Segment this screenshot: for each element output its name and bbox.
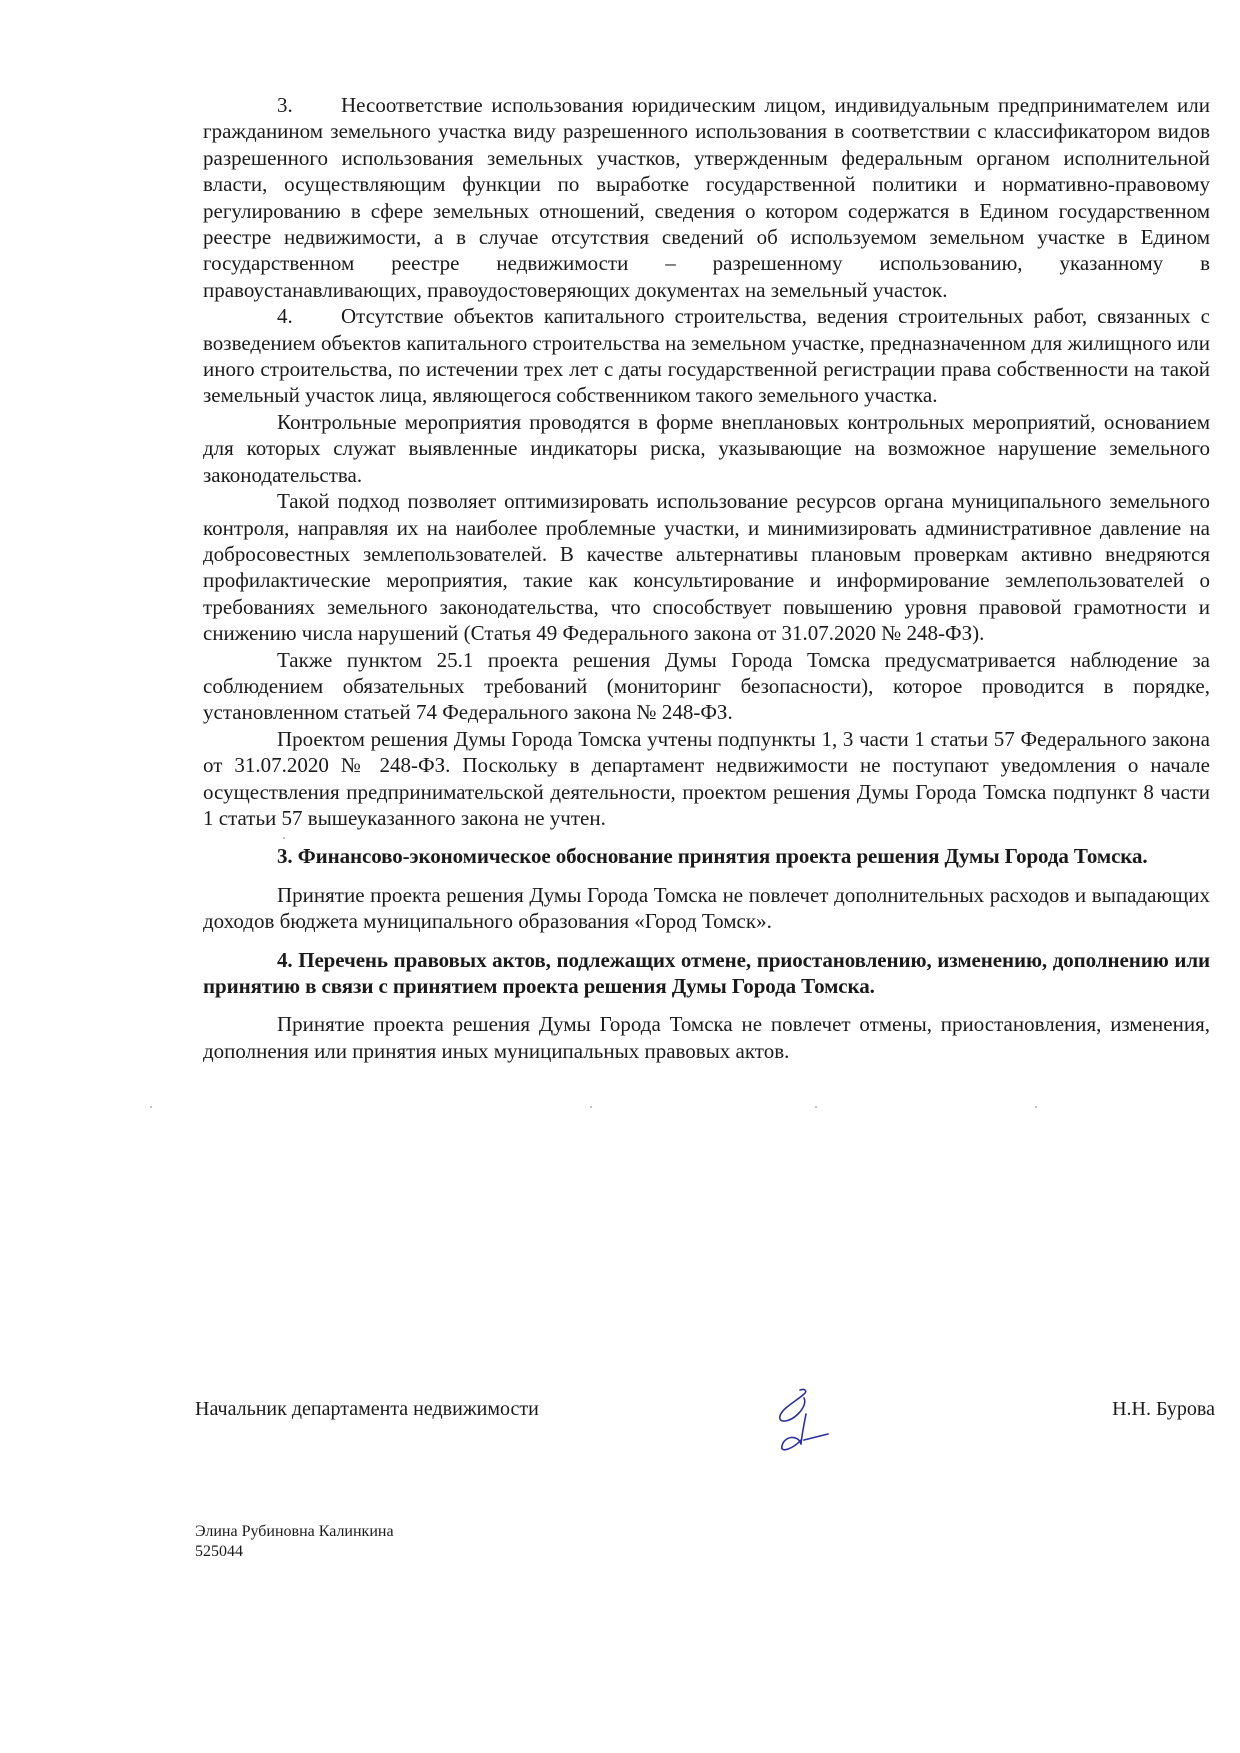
scan-speck xyxy=(590,1106,592,1108)
spacer xyxy=(203,831,1210,843)
list-item-4: 4.Отсутствие объектов капитального строи… xyxy=(203,303,1210,409)
signatory-name: Н.Н. Бурова xyxy=(1112,1396,1215,1422)
paragraph-control-measures: Контрольные мероприятия проводятся в фор… xyxy=(203,409,1210,488)
contact-name: Элина Рубиновна Калинкина xyxy=(195,1522,394,1542)
contact-block: Элина Рубиновна Калинкина 525044 xyxy=(195,1522,394,1562)
list-number: 4. xyxy=(277,303,341,329)
document-body: 3.Несоответствие использования юридическ… xyxy=(203,92,1210,1064)
section-3-heading: 3. Финансово-экономическое обоснование п… xyxy=(203,843,1210,869)
scan-speck xyxy=(1035,1106,1037,1108)
spacer xyxy=(203,935,1210,947)
list-item-text: Несоответствие использования юридическим… xyxy=(203,93,1210,302)
handwritten-signature-icon xyxy=(760,1384,850,1454)
scan-speck xyxy=(150,1106,152,1108)
section-4-text: Принятие проекта решения Думы Города Том… xyxy=(203,1011,1210,1064)
signatory-position: Начальник департамента недвижимости xyxy=(195,1396,539,1422)
section-3-text: Принятие проекта решения Думы Города Том… xyxy=(203,882,1210,935)
paragraph-subclauses: Проектом решения Думы Города Томска учте… xyxy=(203,726,1210,832)
paragraph-approach: Такой подход позволяет оптимизировать ис… xyxy=(203,488,1210,646)
spacer xyxy=(203,870,1210,882)
document-page: 3.Несоответствие использования юридическ… xyxy=(0,0,1240,1753)
section-4-heading: 4. Перечень правовых актов, подлежащих о… xyxy=(203,947,1210,1000)
spacer xyxy=(203,999,1210,1011)
scan-speck xyxy=(815,1106,817,1108)
list-item-text: Отсутствие объектов капитального строите… xyxy=(203,304,1210,407)
contact-phone: 525044 xyxy=(195,1542,394,1562)
scan-speck xyxy=(283,837,285,839)
list-number: 3. xyxy=(277,92,341,118)
list-item-3: 3.Несоответствие использования юридическ… xyxy=(203,92,1210,303)
paragraph-monitoring: Также пунктом 25.1 проекта решения Думы … xyxy=(203,647,1210,726)
